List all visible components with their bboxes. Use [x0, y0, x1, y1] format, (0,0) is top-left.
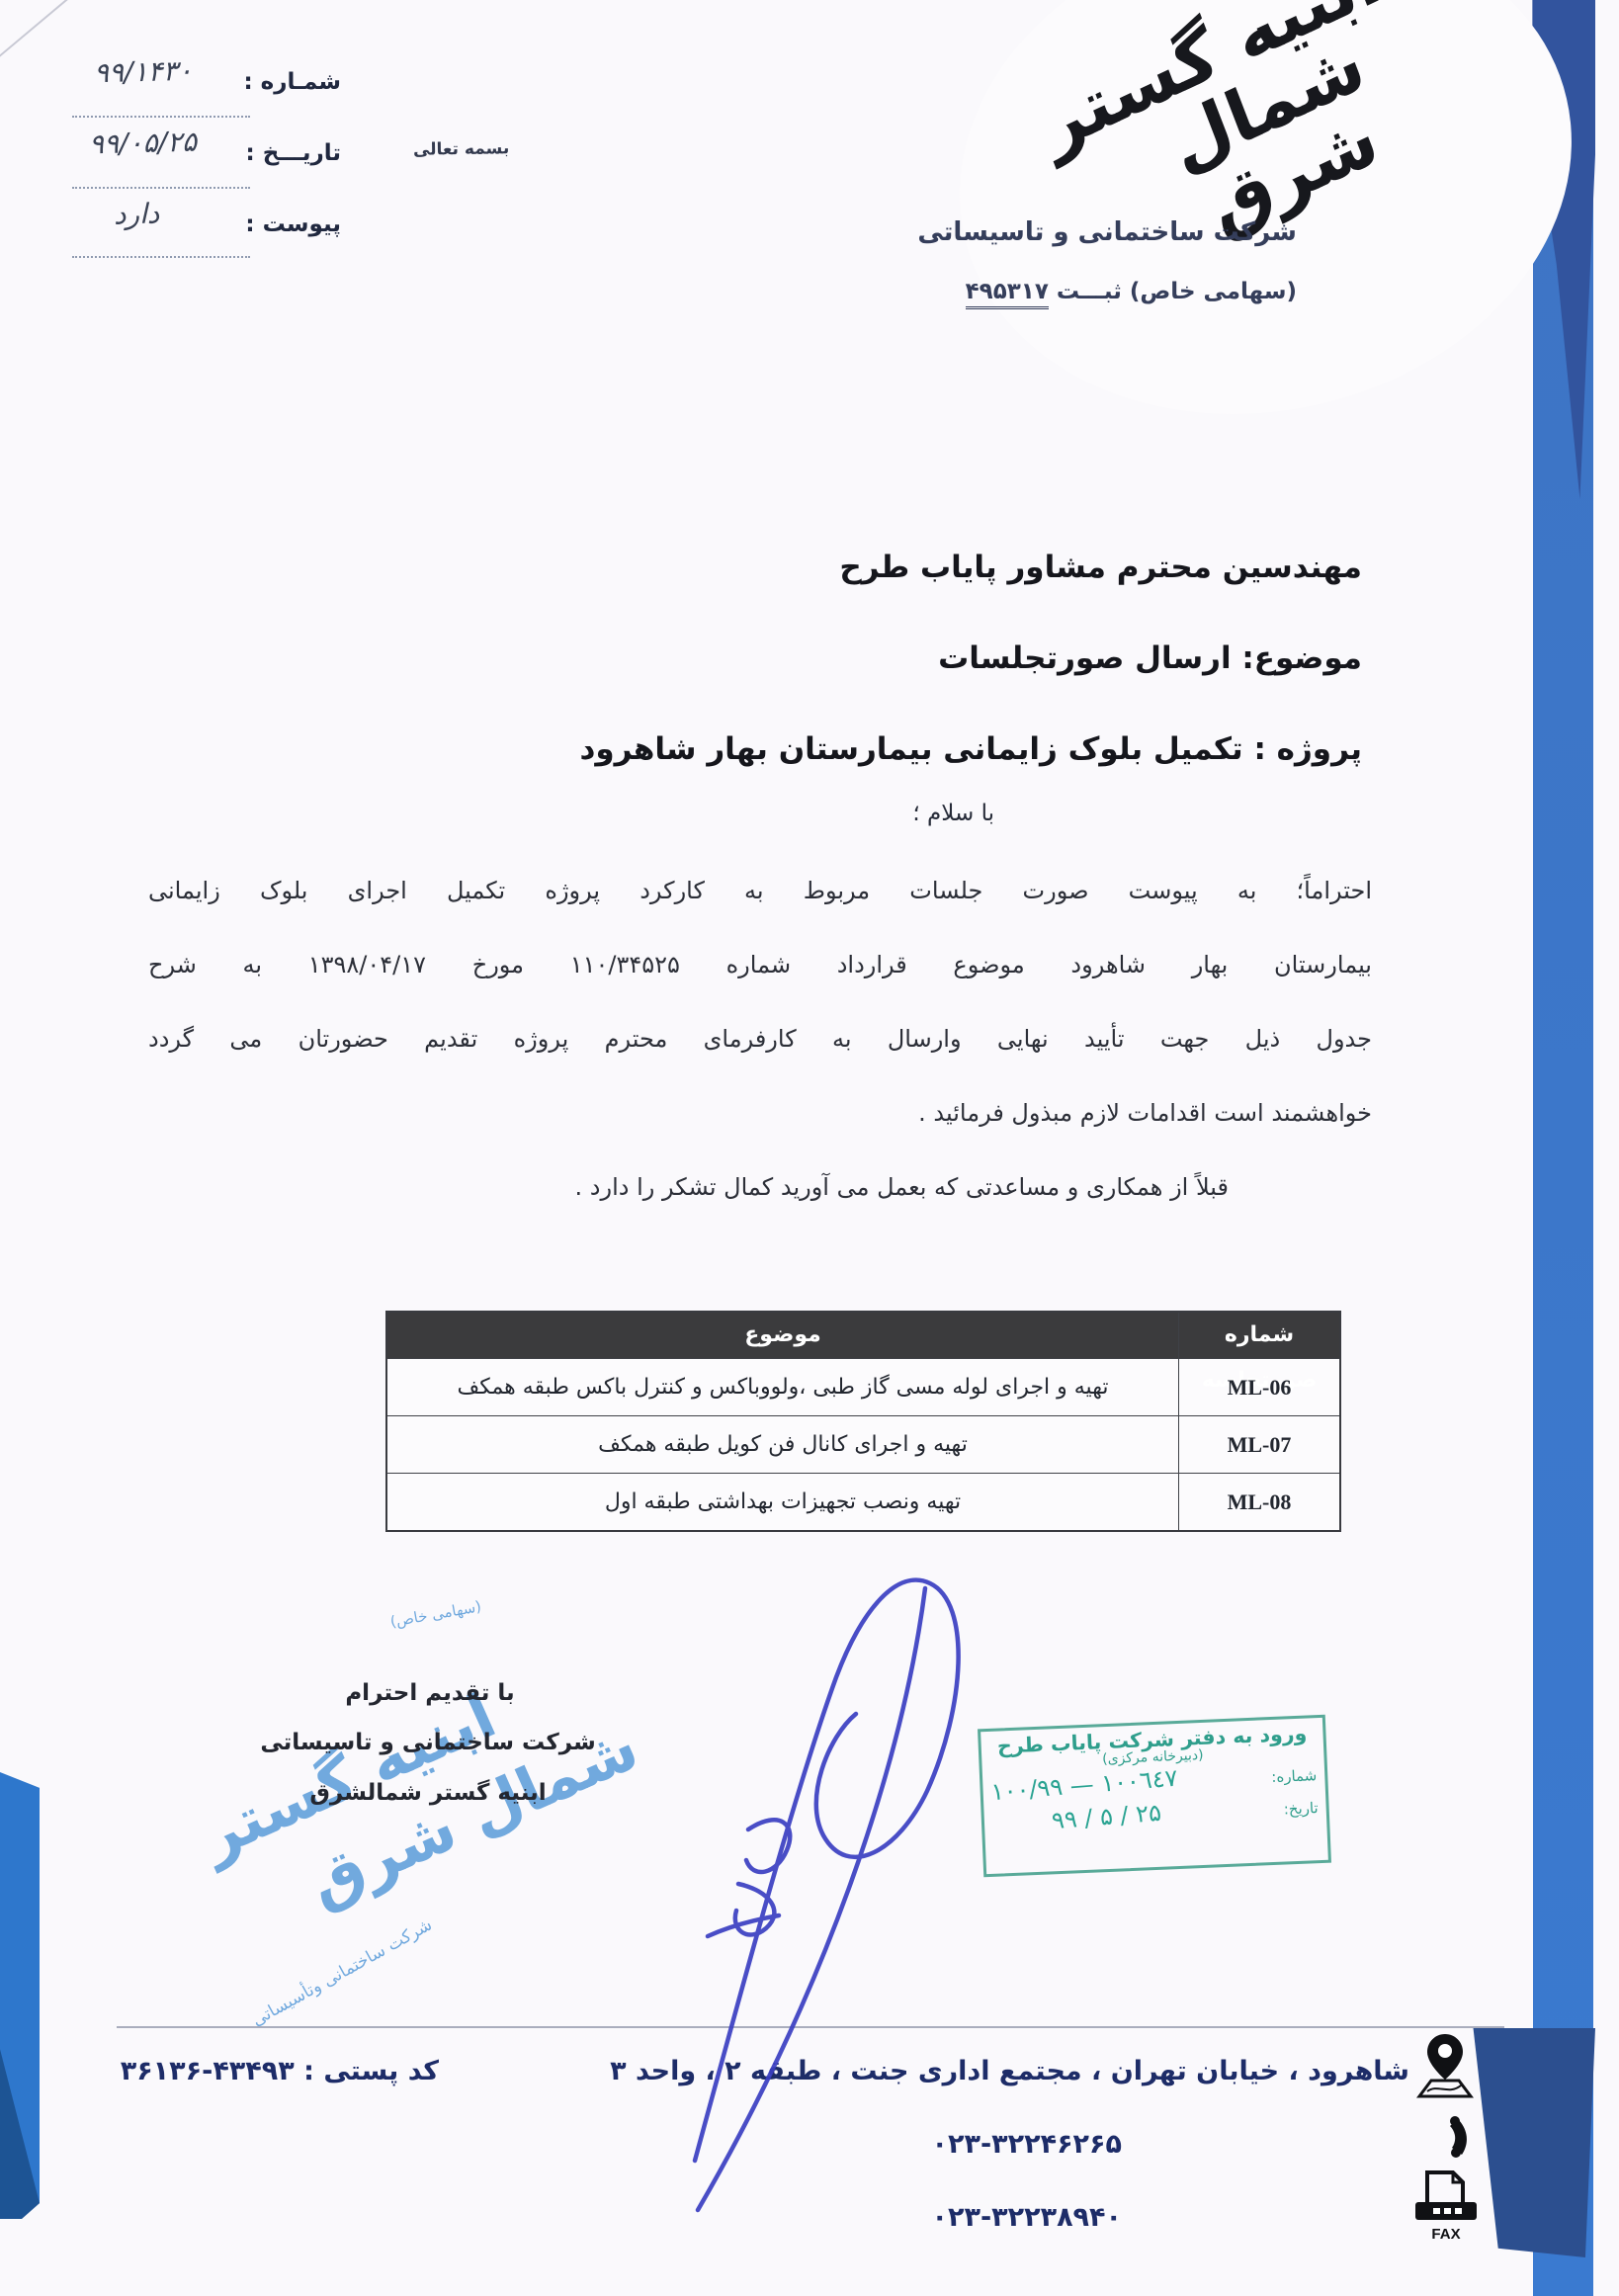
table-header-row: شماره صورتجلسه موضوع [387, 1313, 1339, 1358]
letter-page: ابنیه گستر شمال شرق شرکت ساختمانی و تاسی… [0, 0, 1619, 2296]
date-value: ۹۹/۰۵/۲۵ [89, 126, 198, 161]
postal-code-label: کد پستی : [303, 2056, 439, 2086]
body-line-1: احتراماً؛ به پیوست صورت جلسات مربوط به ک… [148, 854, 1372, 928]
fax-icon-label: FAX [1411, 2226, 1481, 2243]
attachment-dotted-line [72, 256, 250, 258]
date-dotted-line [72, 187, 250, 189]
entry-stamp-date-value: ۹۹ / ۵ / ۲۵ [1051, 1798, 1162, 1833]
company-stamp-side: شرکت ساختمانی وتأسیساتی [249, 1914, 436, 2030]
body-line-4: خواهشمند است اقدامات لازم مبذول فرمائید … [148, 1076, 1372, 1150]
entry-stamp-date-label: تاریخ: [1283, 1799, 1319, 1818]
address-line: شاهرود ، خیابان تهران ، مجتمع اداری جنت … [610, 2056, 1409, 2086]
company-type-line: شرکت ساختمانی و تاسیساتی [917, 217, 1297, 247]
table-row: ML-06 تهیه و اجرای لوله مسی گاز طبی ،ولو… [387, 1358, 1339, 1415]
table-header-subject: موضوع [387, 1313, 1178, 1358]
salutation-line: با سلام ؛ [912, 801, 994, 826]
ref-number-value: ۹۹/۱۴۳۰ [94, 54, 194, 90]
closing-company-name: ابنیه گستر شمالشرق [265, 1780, 591, 1806]
table-header-number: شماره صورتجلسه [1178, 1313, 1339, 1358]
table-row: ML-07 تهیه و اجرای کانال فن کویل طبقه هم… [387, 1415, 1339, 1473]
footer-divider [117, 2026, 1504, 2028]
fax-icon [1411, 2167, 1481, 2226]
date-label: تاریـــخ : [245, 140, 341, 166]
company-stamp: (سهامی خاص) ابنیه گستر شمال شرق شرکت ساخ… [66, 1506, 685, 2114]
ref-number-dotted-line [72, 116, 250, 118]
letter-body: احتراماً؛ به پیوست صورت جلسات مربوط به ک… [148, 854, 1372, 1225]
registration-prefix: (سهامی خاص) ثبـــت [1057, 279, 1297, 304]
minutes-subject-cell: تهیه و اجرای لوله مسی گاز طبی ،ولووباکس … [387, 1358, 1178, 1415]
recipient-line: مهندسین محترم مشاور پایاب طرح [839, 550, 1362, 585]
minutes-table: شماره صورتجلسه موضوع ML-06 تهیه و اجرای … [385, 1311, 1341, 1532]
phone-icon [1430, 2115, 1472, 2161]
scan-corner-line [0, 0, 84, 69]
entry-stamp-number-label: شماره: [1271, 1766, 1318, 1786]
minutes-code-cell: ML-07 [1178, 1415, 1339, 1473]
besmele-text: بسمه تعالی [413, 138, 510, 160]
fax-number: ۰۲۳-۳۲۲۳۸۹۴۰ [754, 2202, 1122, 2233]
minutes-subject-cell: تهیه و اجرای کانال فن کویل طبقه همکف [387, 1415, 1178, 1473]
phone-number: ۰۲۳-۳۲۲۴۶۲۶۵ [754, 2129, 1122, 2160]
postal-code-line: کد پستی : ۳۶۱۳۶-۴۳۴۹۳ [69, 2056, 439, 2086]
body-line-3: جدول ذیل جهت تأیید نهایی وارسال به کارفر… [148, 1002, 1372, 1076]
body-line-5: قبلاً از همکاری و مساعدتی که بعمل می آور… [148, 1150, 1229, 1225]
postal-code-value: ۳۶۱۳۶-۴۳۴۹۳ [121, 2056, 295, 2086]
subject-line: موضوع: ارسال صورتجلسات [938, 640, 1362, 676]
registration-line: (سهامی خاص) ثبـــت ۴۹۵۳۱۷ [966, 279, 1297, 304]
closing-company-line: شرکت ساختمانی و تاسیساتی [230, 1730, 626, 1755]
bottom-right-navy-wedge [1471, 2028, 1595, 2257]
map-pin-icon [1413, 2032, 1477, 2099]
entry-stamp: ورود به دفتر شرکت پایاب طرح (دبیرخانه مر… [978, 1715, 1331, 1878]
registration-number: ۴۹۵۳۱۷ [966, 279, 1049, 309]
company-stamp-type: (سهامی خاص) [388, 1597, 482, 1631]
table-row: ML-08 تهیه ونصب تجهیزات بهداشتی طبقه اول [387, 1473, 1339, 1530]
attachment-label: پیوست : [245, 212, 341, 237]
minutes-code-cell: ML-08 [1178, 1473, 1339, 1530]
body-line-2: بیمارستان بهار شاهرود موضوع قرارداد شمار… [148, 928, 1372, 1002]
minutes-code-cell: ML-06 [1178, 1358, 1339, 1415]
attachment-value: دارد [114, 197, 160, 230]
ref-number-label: شمـاره : [243, 69, 341, 95]
closing-respect-line: با تقدیم احترام [297, 1680, 563, 1706]
project-line: پروژه : تکمیل بلوک زایمانی بیمارستان بها… [579, 731, 1362, 767]
